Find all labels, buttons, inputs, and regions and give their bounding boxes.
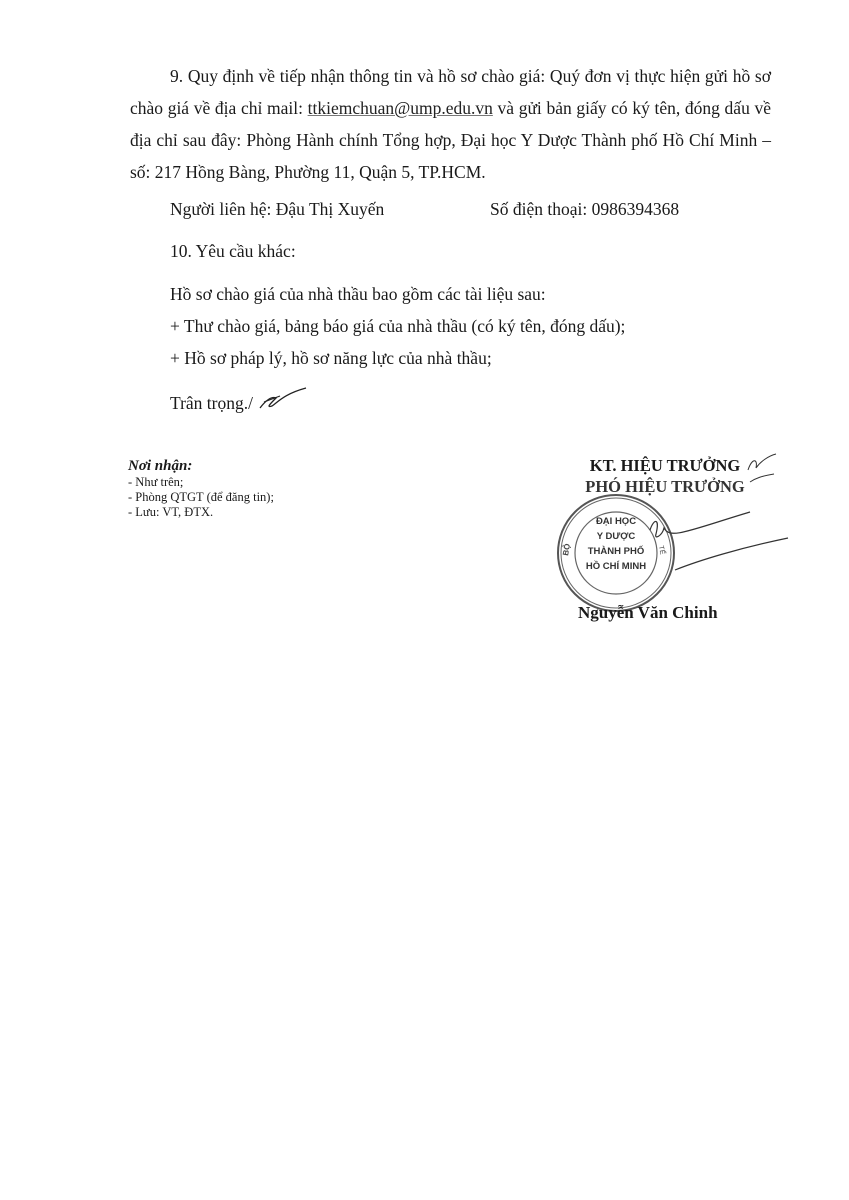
recipient-item: - Phòng QTGT (để đăng tin); — [128, 490, 274, 505]
signer-name: Nguyễn Văn Chinh — [578, 603, 718, 623]
svg-text:HỒ CHÍ MINH: HỒ CHÍ MINH — [586, 560, 646, 572]
recipients-title: Nơi nhận: — [128, 458, 274, 475]
closing-text: Trân trọng./ — [170, 393, 253, 413]
svg-text:THÀNH PHỐ: THÀNH PHỐ — [588, 545, 644, 557]
initials-signature-icon — [258, 386, 308, 412]
email-link[interactable]: ttkiemchuan@ump.edu.vn — [308, 98, 493, 118]
handwritten-signature-icon — [640, 500, 790, 580]
recipient-item: - Lưu: VT, ĐTX. — [128, 505, 274, 520]
closing: Trân trọng./ — [170, 392, 253, 414]
svg-text:BỘ: BỘ — [561, 543, 572, 556]
signature-block: KT. HIỆU TRƯỞNG PHÓ HIỆU TRƯỞNG — [555, 455, 775, 497]
svg-text:ĐẠI HỌC: ĐẠI HỌC — [596, 516, 636, 527]
recipients-block: Nơi nhận: - Như trên; - Phòng QTGT (để đ… — [128, 458, 274, 520]
recipient-item: - Như trên; — [128, 475, 274, 490]
signature-title-1: KT. HIỆU TRƯỞNG — [555, 455, 775, 476]
svg-text:Y DƯỢC: Y DƯỢC — [597, 531, 636, 542]
contact-phone: Số điện thoại: 0986394368 — [490, 198, 679, 220]
requirement-item-2: + Hồ sơ pháp lý, hồ sơ năng lực của nhà … — [170, 347, 492, 369]
initials-mark-icon — [744, 452, 780, 492]
contact-person: Người liên hệ: Đậu Thị Xuyến — [170, 198, 384, 220]
section-10-heading: 10. Yêu cầu khác: — [170, 240, 296, 262]
document-page: 9. Quy định về tiếp nhận thông tin và hồ… — [0, 0, 849, 1200]
section-9-paragraph: 9. Quy định về tiếp nhận thông tin và hồ… — [130, 60, 771, 188]
section-10-intro: Hồ sơ chào giá của nhà thầu bao gồm các … — [170, 283, 546, 305]
requirement-item-1: + Thư chào giá, bảng báo giá của nhà thầ… — [170, 315, 625, 337]
